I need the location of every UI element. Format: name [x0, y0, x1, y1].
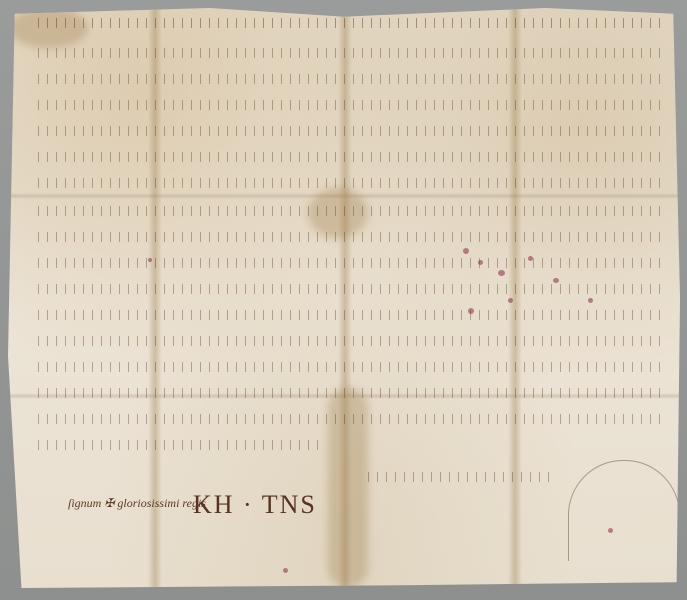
purple-stain	[528, 256, 533, 261]
royal-monogram: KH · TNS	[193, 490, 317, 520]
script-line	[38, 360, 662, 374]
purple-stain	[508, 298, 513, 303]
script-line	[38, 334, 662, 348]
purple-stain	[553, 278, 559, 283]
purple-stain	[283, 568, 288, 573]
signum-line: ſignum ✠ gloriosissimi regis	[68, 496, 206, 511]
purple-stain	[463, 248, 469, 254]
purple-stain	[478, 260, 483, 265]
script-line-elongated	[38, 16, 662, 30]
purple-stain	[468, 308, 474, 314]
script-line	[38, 412, 662, 426]
parchment-charter: ſignum ✠ gloriosissimi regis KH · TNS	[8, 8, 680, 588]
script-line	[38, 386, 662, 400]
script-line	[38, 308, 662, 322]
script-line	[38, 176, 662, 190]
script-line	[38, 98, 662, 112]
script-line	[38, 124, 662, 138]
script-line	[38, 204, 662, 218]
script-line	[38, 72, 662, 86]
script-line	[38, 46, 662, 60]
purple-stain	[588, 298, 593, 303]
script-line	[38, 438, 320, 452]
purple-stain	[148, 258, 152, 262]
script-line	[38, 230, 662, 244]
script-line	[38, 256, 662, 270]
script-line	[38, 282, 662, 296]
recognition-sign	[568, 460, 680, 561]
script-line-subscription	[368, 470, 550, 484]
script-line	[38, 150, 662, 164]
purple-stain	[498, 270, 505, 276]
